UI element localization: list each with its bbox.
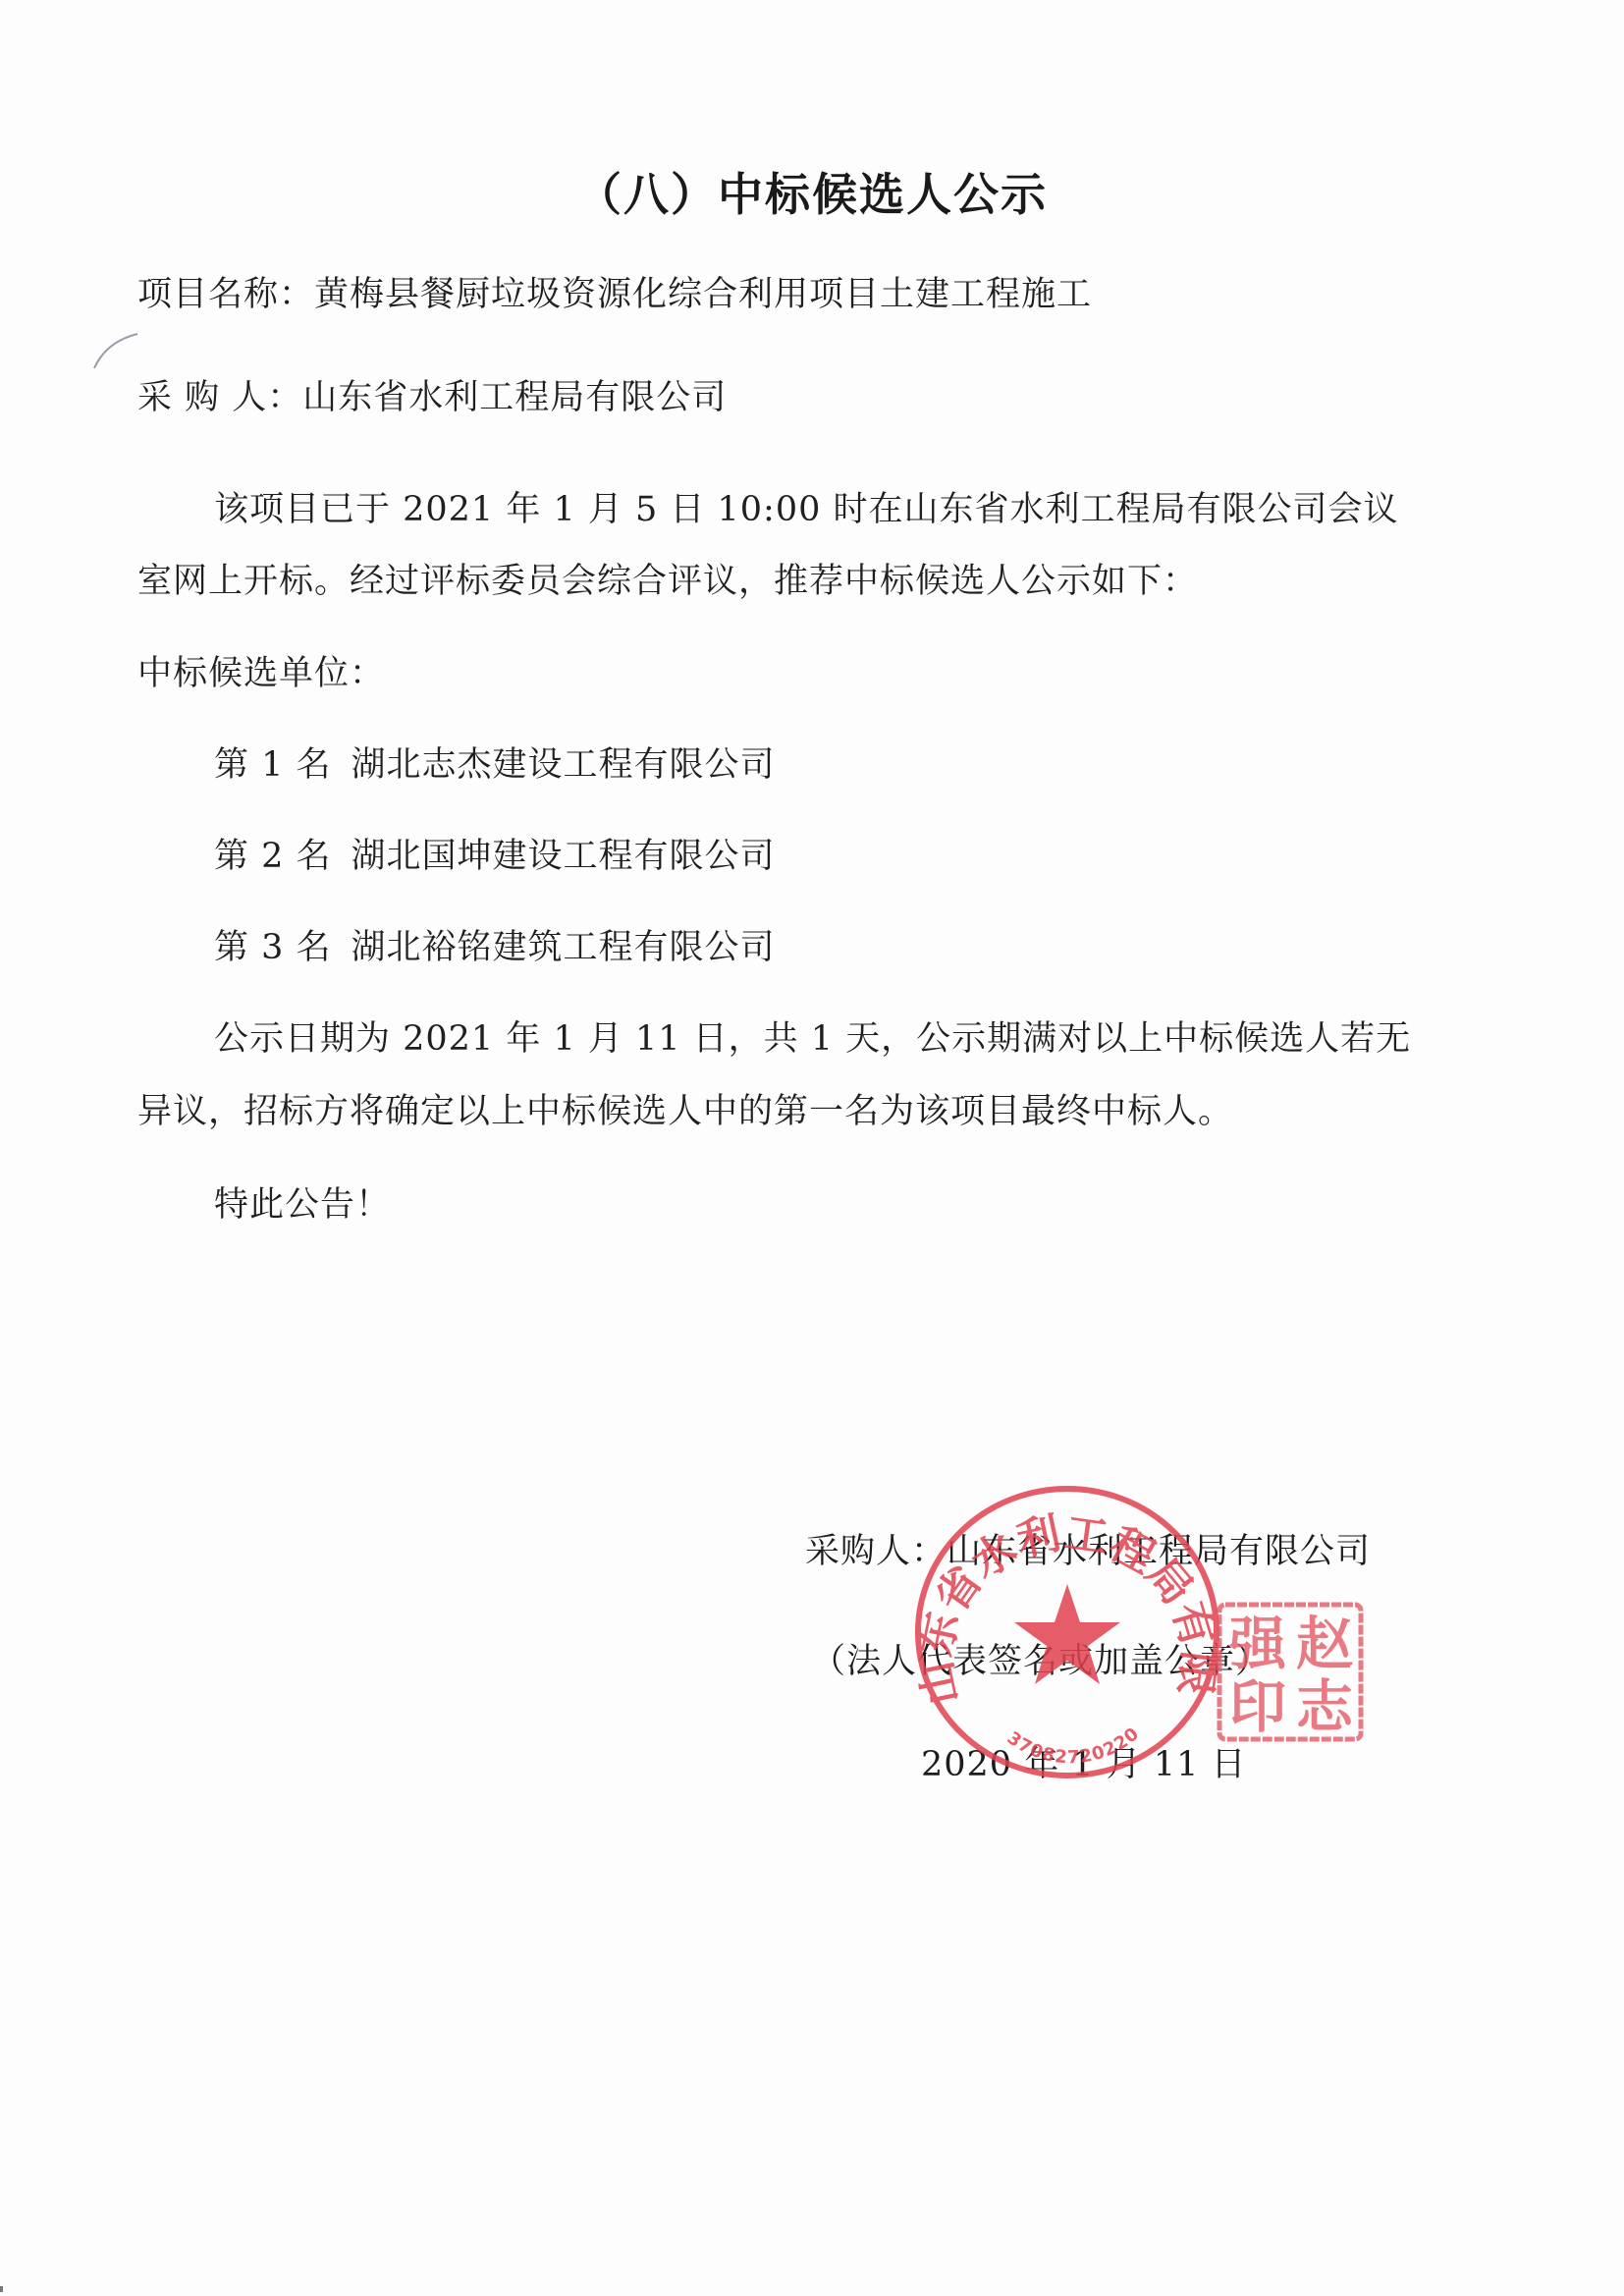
purchaser-value: 山东省水利工程局有限公司 <box>302 378 727 417</box>
project-name-value: 黄梅县餐厨垃圾资源化综合利用项目土建工程施工 <box>314 275 1092 314</box>
purchaser-row: 采 购 人：山东省水利工程局有限公司 <box>137 376 727 419</box>
signature-date: 2020 年 1 月 11 日 <box>921 1743 1247 1786</box>
company-seal-stamp: 山东省水利工程局有限公司 3708272022​09 <box>903 1478 1232 1787</box>
paragraph-2-line-2: 异议，招标方将确定以上中标候选人中的第一名为该项目最终中标人。 <box>137 1090 1233 1133</box>
candidate-rank: 第 2 名 <box>214 835 332 878</box>
signature-note: （法人代表签名或加盖公章） <box>811 1640 1271 1683</box>
scan-artifact-mark <box>86 324 145 373</box>
paragraph-1-line-1: 该项目已于 2021 年 1 月 5 日 10:00 时在山东省水利工程局有限公… <box>214 488 1398 531</box>
candidate-rank: 第 1 名 <box>214 743 332 787</box>
candidate-name: 湖北国坤建设工程有限公司 <box>352 837 776 876</box>
svg-text:赵: 赵 <box>1296 1611 1353 1677</box>
candidate-row-3: 第 3 名湖北裕铭建筑工程有限公司 <box>214 926 776 969</box>
scan-edge-artifact <box>0 2286 3 2292</box>
candidate-name: 湖北志杰建设工程有限公司 <box>352 745 776 785</box>
project-name-label: 项目名称： <box>137 275 314 314</box>
candidate-row-2: 第 2 名湖北国坤建设工程有限公司 <box>214 835 776 878</box>
page-title: （八）中标候选人公示 <box>0 159 1624 224</box>
purchaser-label: 采 购 人： <box>137 378 302 417</box>
svg-text:3708272022​09: 3708272022​09 <box>903 1478 1144 1768</box>
svg-text:志: 志 <box>1296 1673 1354 1740</box>
candidates-heading: 中标候选单位： <box>137 652 385 695</box>
project-name-row: 项目名称：黄梅县餐厨垃圾资源化综合利用项目土建工程施工 <box>137 273 1092 316</box>
document-page: （八）中标候选人公示 项目名称：黄梅县餐厨垃圾资源化综合利用项目土建工程施工 采… <box>0 0 1624 2296</box>
svg-text:印: 印 <box>1229 1673 1286 1740</box>
closing-statement: 特此公告！ <box>214 1183 391 1227</box>
signature-purchaser: 采购人：山东省水利工程局有限公司 <box>805 1530 1371 1573</box>
candidate-row-1: 第 1 名湖北志杰建设工程有限公司 <box>214 743 776 787</box>
paragraph-1-line-2: 室网上开标。经过评标委员会综合评议，推荐中标候选人公示如下： <box>137 560 1198 603</box>
candidate-name: 湖北裕铭建筑工程有限公司 <box>352 928 776 967</box>
candidate-rank: 第 3 名 <box>214 926 332 969</box>
paragraph-2-line-1: 公示日期为 2021 年 1 月 11 日，共 1 天，公示期满对以上中标候选人… <box>214 1017 1411 1061</box>
